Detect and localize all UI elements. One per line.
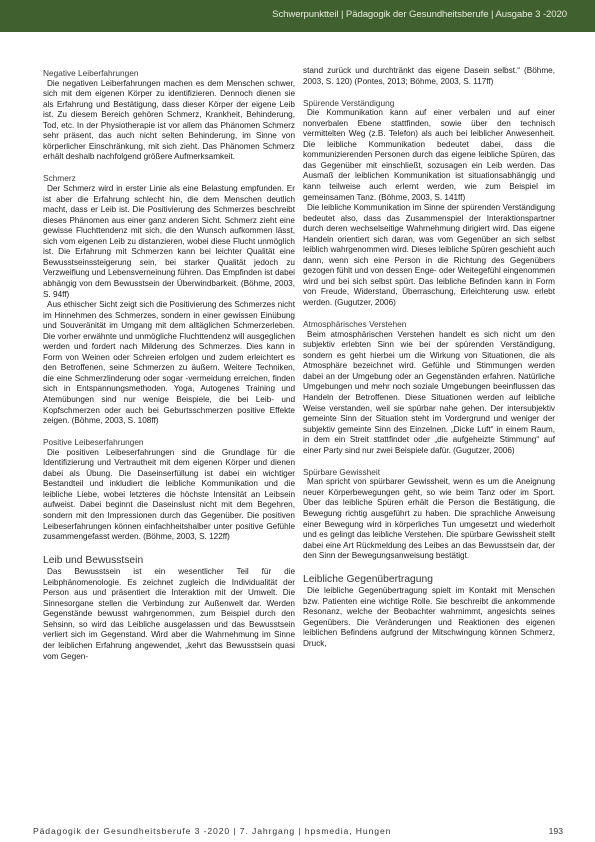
section-heading-schmerz: Schmerz (43, 173, 295, 184)
paragraph: Beim atmosphärischen Verstehen handelt e… (303, 330, 555, 457)
section-heading-atmosphaerisches-verstehen: Atmosphärisches Verstehen (303, 319, 555, 330)
page-number: 193 (549, 826, 563, 836)
paragraph: Die Kommunikation kann auf einer verbale… (303, 108, 555, 203)
paragraph-continuation: stand zurück und durchtränkt das eigene … (303, 66, 555, 87)
paragraph: Der Schmerz wird in erster Linie als ein… (43, 184, 295, 300)
paragraph: Die positiven Leibeserfahrungen sind die… (43, 448, 295, 543)
paragraph: Die leibliche Kommunikation im Sinne der… (303, 203, 555, 308)
paragraph: Das Bewusstsein ist ein wesentlicher Tei… (43, 567, 295, 662)
paragraph: Man spricht von spürbarer Gewissheit, we… (303, 477, 555, 561)
running-header-title: Schwerpunktteil | Pädagogik der Gesundhe… (272, 9, 567, 20)
section-heading-leib-und-bewusstsein: Leib und Bewusstsein (43, 555, 295, 567)
section-heading-positive-leibeserfahrungen: Positive Leibeserfahrungen (43, 437, 295, 448)
section-heading-negative-leiberfahrungen: Negative Leiberfahrungen (43, 68, 295, 79)
paragraph: Aus ethischer Sicht zeigt sich die Posit… (43, 300, 295, 427)
paragraph: Die negativen Leiberfahrungen machen es … (43, 79, 295, 163)
section-heading-spuerbare-gewissheit: Spürbare Gewissheit (303, 467, 555, 478)
section-heading-spuerende-verstaendigung: Spürende Verständigung (303, 98, 555, 109)
left-column: Negative Leiberfahrungen Die negativen L… (43, 68, 295, 662)
running-header-bar: Schwerpunktteil | Pädagogik der Gesundhe… (0, 0, 595, 32)
right-column: stand zurück und durchtränkt das eigene … (303, 66, 555, 649)
section-heading-leibliche-gegenuebertragung: Leibliche Gegenübertragung (303, 574, 555, 586)
paragraph: Die leibliche Gegenübertragung spielt im… (303, 586, 555, 649)
footer-journal-info: Pädagogik der Gesundheitsberufe 3 -2020 … (33, 826, 391, 836)
